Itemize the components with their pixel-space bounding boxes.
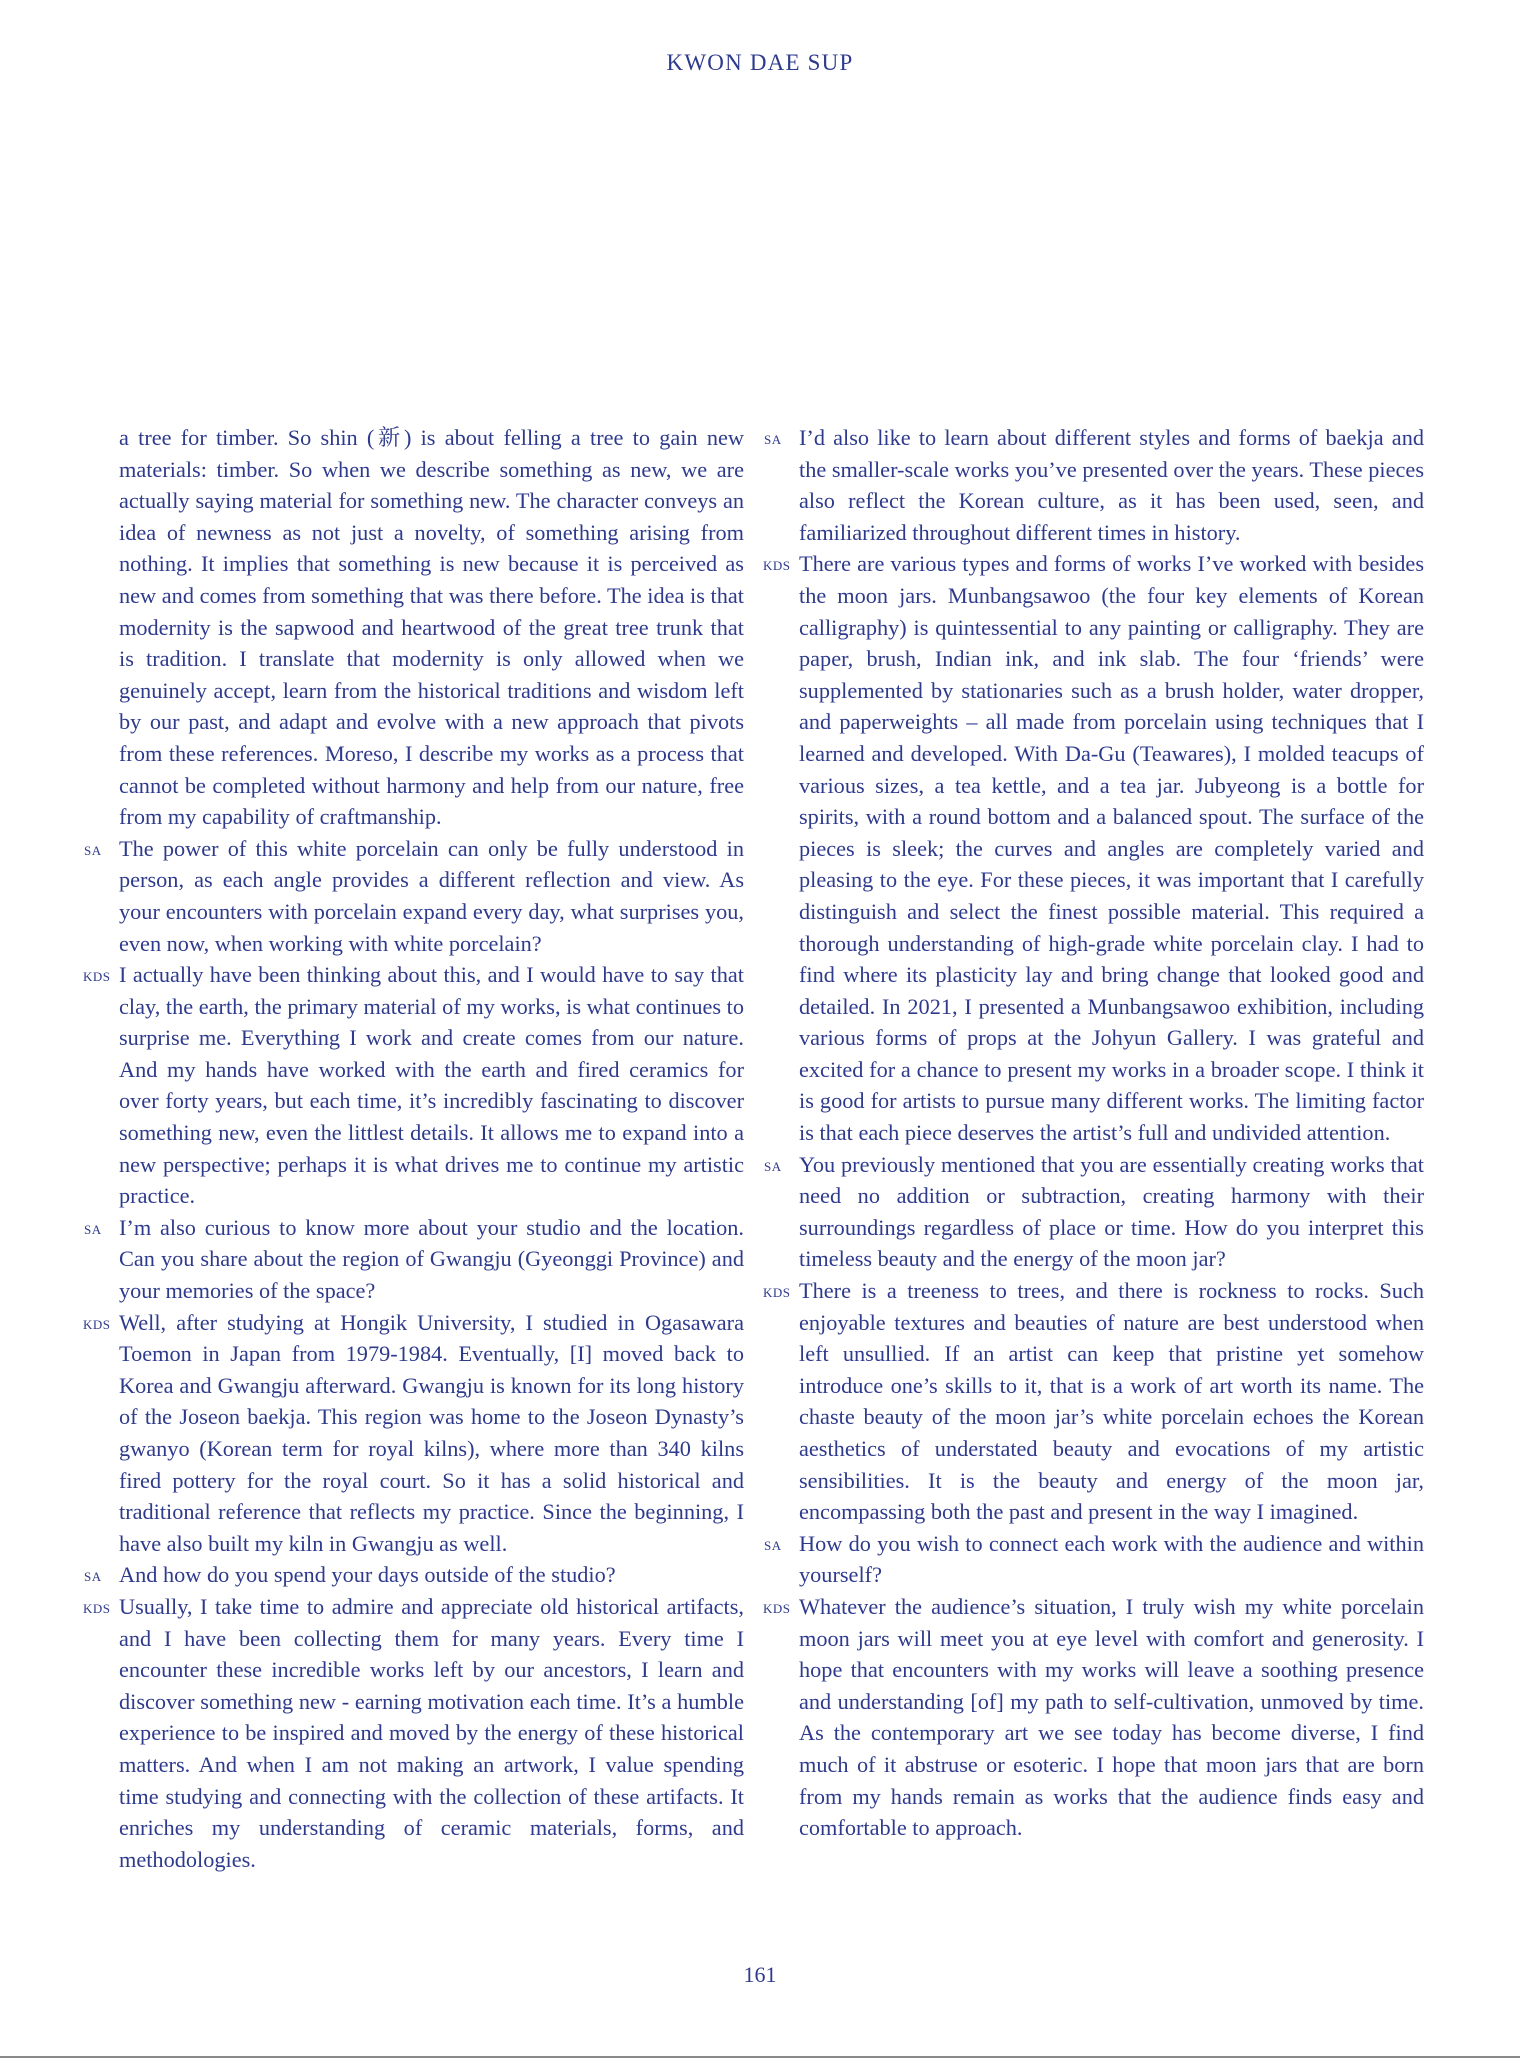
interview-entry-answer: KDS There are various types and forms of…	[799, 548, 1424, 1148]
speaker-label: KDS	[763, 1591, 797, 1627]
entry-text: a tree for timber. So shin (新) is about …	[119, 425, 744, 829]
speaker-label: KDS	[83, 1591, 117, 1627]
speaker-label: KDS	[83, 959, 117, 995]
speaker-label: SA	[84, 833, 118, 869]
interview-entry-answer: KDS Well, after studying at Hongik Unive…	[119, 1307, 744, 1560]
entry-text: Well, after studying at Hongik Universit…	[119, 1310, 744, 1556]
interview-entry-answer: KDS There is a treeness to trees, and th…	[799, 1275, 1424, 1528]
interview-entry-answer: KDS Usually, I take time to admire and a…	[119, 1591, 744, 1875]
interview-entry-question: SA How do you wish to connect each work …	[799, 1528, 1424, 1591]
speaker-label: KDS	[763, 1275, 797, 1311]
interview-entry-question: SA And how do you spend your days outsid…	[119, 1559, 744, 1591]
right-column: SA I’d also like to learn about differen…	[799, 422, 1424, 1844]
entry-text: You previously mentioned that you are es…	[799, 1152, 1424, 1272]
speaker-label: KDS	[763, 548, 797, 584]
entry-text: I actually have been thinking about this…	[119, 962, 744, 1208]
speaker-label: SA	[84, 1559, 118, 1595]
entry-text: There are various types and forms of wor…	[799, 551, 1424, 1145]
interview-entry-question: SA The power of this white porcelain can…	[119, 833, 744, 959]
left-column: a tree for timber. So shin (新) is about …	[119, 422, 744, 1875]
entry-text: Whatever the audience’s situation, I tru…	[799, 1594, 1424, 1840]
entry-text: And how do you spend your days outside o…	[119, 1562, 616, 1587]
entry-text: The power of this white porcelain can on…	[119, 836, 744, 956]
entry-text: Usually, I take time to admire and appre…	[119, 1594, 744, 1872]
speaker-label: SA	[764, 422, 798, 458]
speaker-label: SA	[764, 1149, 798, 1185]
entry-text: How do you wish to connect each work wit…	[799, 1531, 1424, 1588]
interview-entry-question: SA I’m also curious to know more about y…	[119, 1212, 744, 1307]
speaker-label: SA	[764, 1528, 798, 1564]
entry-text: I’d also like to learn about different s…	[799, 425, 1424, 545]
speaker-label: SA	[84, 1212, 118, 1248]
interview-entry-question: SA I’d also like to learn about differen…	[799, 422, 1424, 548]
interview-entry-question: SA You previously mentioned that you are…	[799, 1149, 1424, 1275]
entry-text: I’m also curious to know more about your…	[119, 1215, 744, 1303]
interview-entry-answer: KDS I actually have been thinking about …	[119, 959, 744, 1212]
page-number: 161	[0, 1962, 1520, 1988]
interview-entry-continuation: a tree for timber. So shin (新) is about …	[119, 422, 744, 833]
speaker-label: KDS	[83, 1307, 117, 1343]
entry-text: There is a treeness to trees, and there …	[799, 1278, 1424, 1524]
interview-entry-answer: KDS Whatever the audience’s situation, I…	[799, 1591, 1424, 1844]
running-head-title: KWON DAE SUP	[0, 50, 1520, 76]
